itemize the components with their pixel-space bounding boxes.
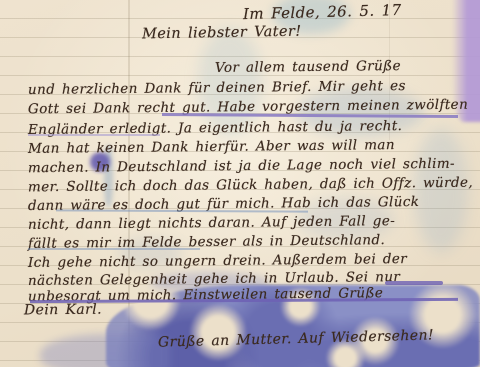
- letter-line: nicht, dann liegt nichts daran. Auf jede…: [28, 213, 395, 233]
- letter-line: Engländer erledigt. Ja eigentlich hast d…: [28, 118, 402, 138]
- letter-line: machen. In Deutschland ist ja die Lage n…: [28, 156, 455, 176]
- letter-line: Man hat keinen Dank hierfür. Aber was wi…: [28, 137, 395, 157]
- letter-line: und herzlichen Dank für deinen Brief. Mi…: [28, 78, 406, 98]
- ink-stain-small: [40, 334, 170, 367]
- letter-line: Vor allem tausend Grüße: [215, 58, 401, 76]
- letter-line: Gott sei Dank recht gut. Habe vorgestern…: [28, 97, 468, 118]
- letter-line: mer. Sollte ich doch das Glück haben, da…: [28, 175, 473, 196]
- letter-line: dann wäre es doch gut für mich. Hab ich …: [28, 194, 420, 214]
- salutation: Mein liebster Vater!: [142, 24, 302, 43]
- letter-line: Ich gehe nicht so ungern drein. Außerdem…: [28, 251, 407, 271]
- letter-line: fällt es mir im Felde besser als in Deut…: [28, 232, 385, 252]
- dateline: Im Felde, 26. 5. 17: [243, 1, 402, 23]
- signature: Dein Karl.: [24, 302, 102, 319]
- letter-scan: Im Felde, 26. 5. 17 Mein liebster Vater!…: [0, 0, 480, 367]
